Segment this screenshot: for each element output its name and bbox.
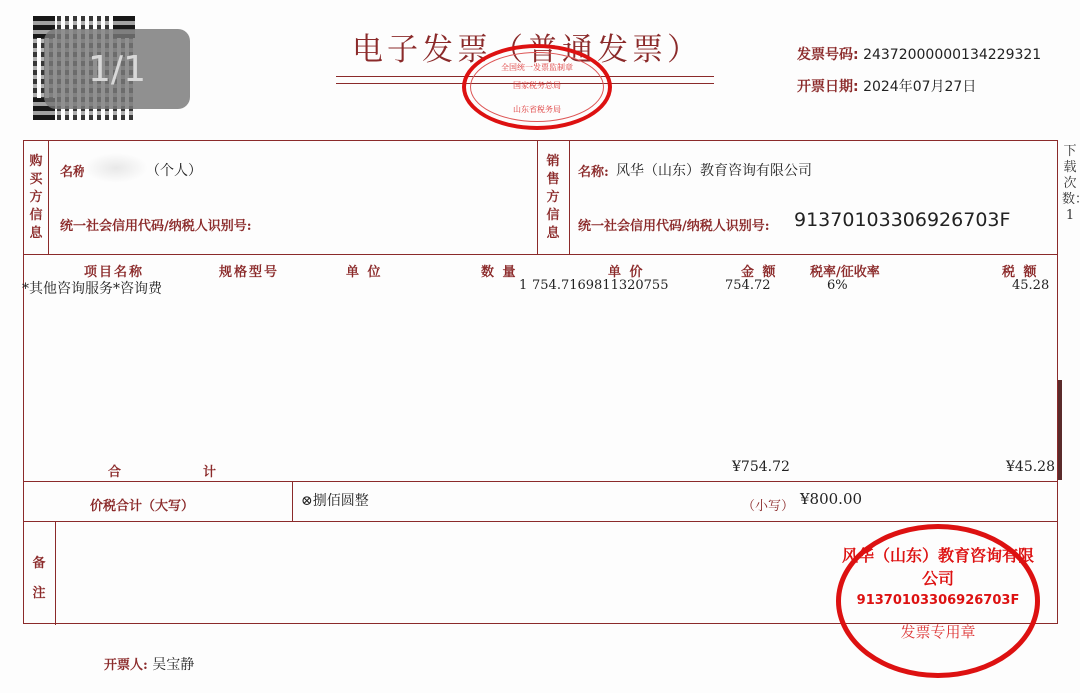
issuer: 开票人: 吴宝静 (104, 654, 194, 674)
col-spec: 规格型号 (219, 261, 279, 280)
invoice-number-value: 24372000000134229321 (863, 47, 1041, 63)
remarks-label: 备注 (30, 549, 48, 609)
buyer-section-label: 购买方信息 (27, 153, 45, 243)
total-words-label: 价税合计（大写） (90, 495, 194, 514)
invoice-date: 开票日期: 2024年07月27日 (797, 76, 976, 96)
total-small: ¥800.00 (800, 490, 862, 508)
item-tax-rate: 6% (827, 278, 848, 293)
total-small-label: （小写） (742, 495, 794, 514)
seal-company-name: 风华（山东）教育咨询有限公司 (841, 543, 1035, 589)
redacted-buyer-name (84, 153, 148, 183)
seller-tax-id-label: 统一社会信用代码/纳税人识别号: (578, 215, 770, 234)
invoice-number-label: 发票号码: (797, 47, 859, 63)
issuer-label: 开票人: (104, 658, 148, 673)
seller-name-label: 名称: (578, 161, 609, 180)
invoice-number: 发票号码: 24372000000134229321 (797, 44, 1041, 64)
total-words: ⊗捌佰圆整 (301, 490, 369, 510)
invoice-date-value: 2024年07月27日 (863, 79, 976, 95)
subtotal-amount: ¥754.72 (732, 459, 790, 475)
invoice-seal: 风华（山东）教育咨询有限公司 91370103306926703F 发票专用章 (836, 524, 1040, 678)
item-unit-price: 754.7169811320755 (532, 278, 668, 293)
col-unit: 单 位 (346, 261, 383, 280)
buyer-name: （个人） (146, 160, 202, 180)
page-indicator: 1/1 (44, 29, 190, 109)
download-count: 下载次数：1 (1062, 144, 1078, 224)
seller-name: 风华（山东）教育咨询有限公司 (616, 160, 812, 180)
seal-tax-id: 91370103306926703F (841, 593, 1035, 608)
stamp-line-1: 全国统一发票监制章 (466, 62, 608, 73)
seal-subtitle: 发票专用章 (841, 621, 1035, 642)
scrollbar[interactable] (1058, 380, 1062, 480)
seller-tax-id: 91370103306926703F (794, 209, 1010, 231)
item-tax: 45.28 (1012, 278, 1049, 293)
item-name: *其他咨询服务*咨询费 (22, 278, 162, 298)
stamp-line-3: 山东省税务局 (466, 104, 608, 115)
item-quantity: 1 (519, 278, 527, 293)
subtotal-tax: ¥45.28 (1006, 459, 1055, 475)
subtotal-label: 合 计 (108, 461, 222, 480)
seller-section-label: 销售方信息 (544, 153, 562, 243)
item-amount: 754.72 (725, 278, 771, 293)
invoice-date-label: 开票日期: (797, 79, 859, 95)
stamp-line-2: 国家税务总局 (466, 80, 608, 91)
supervision-stamp: 全国统一发票监制章 国家税务总局 山东省税务局 (462, 44, 612, 130)
col-quantity: 数 量 (481, 261, 518, 280)
buyer-tax-id-label: 统一社会信用代码/纳税人识别号: (60, 215, 252, 234)
issuer-name: 吴宝静 (152, 657, 194, 673)
